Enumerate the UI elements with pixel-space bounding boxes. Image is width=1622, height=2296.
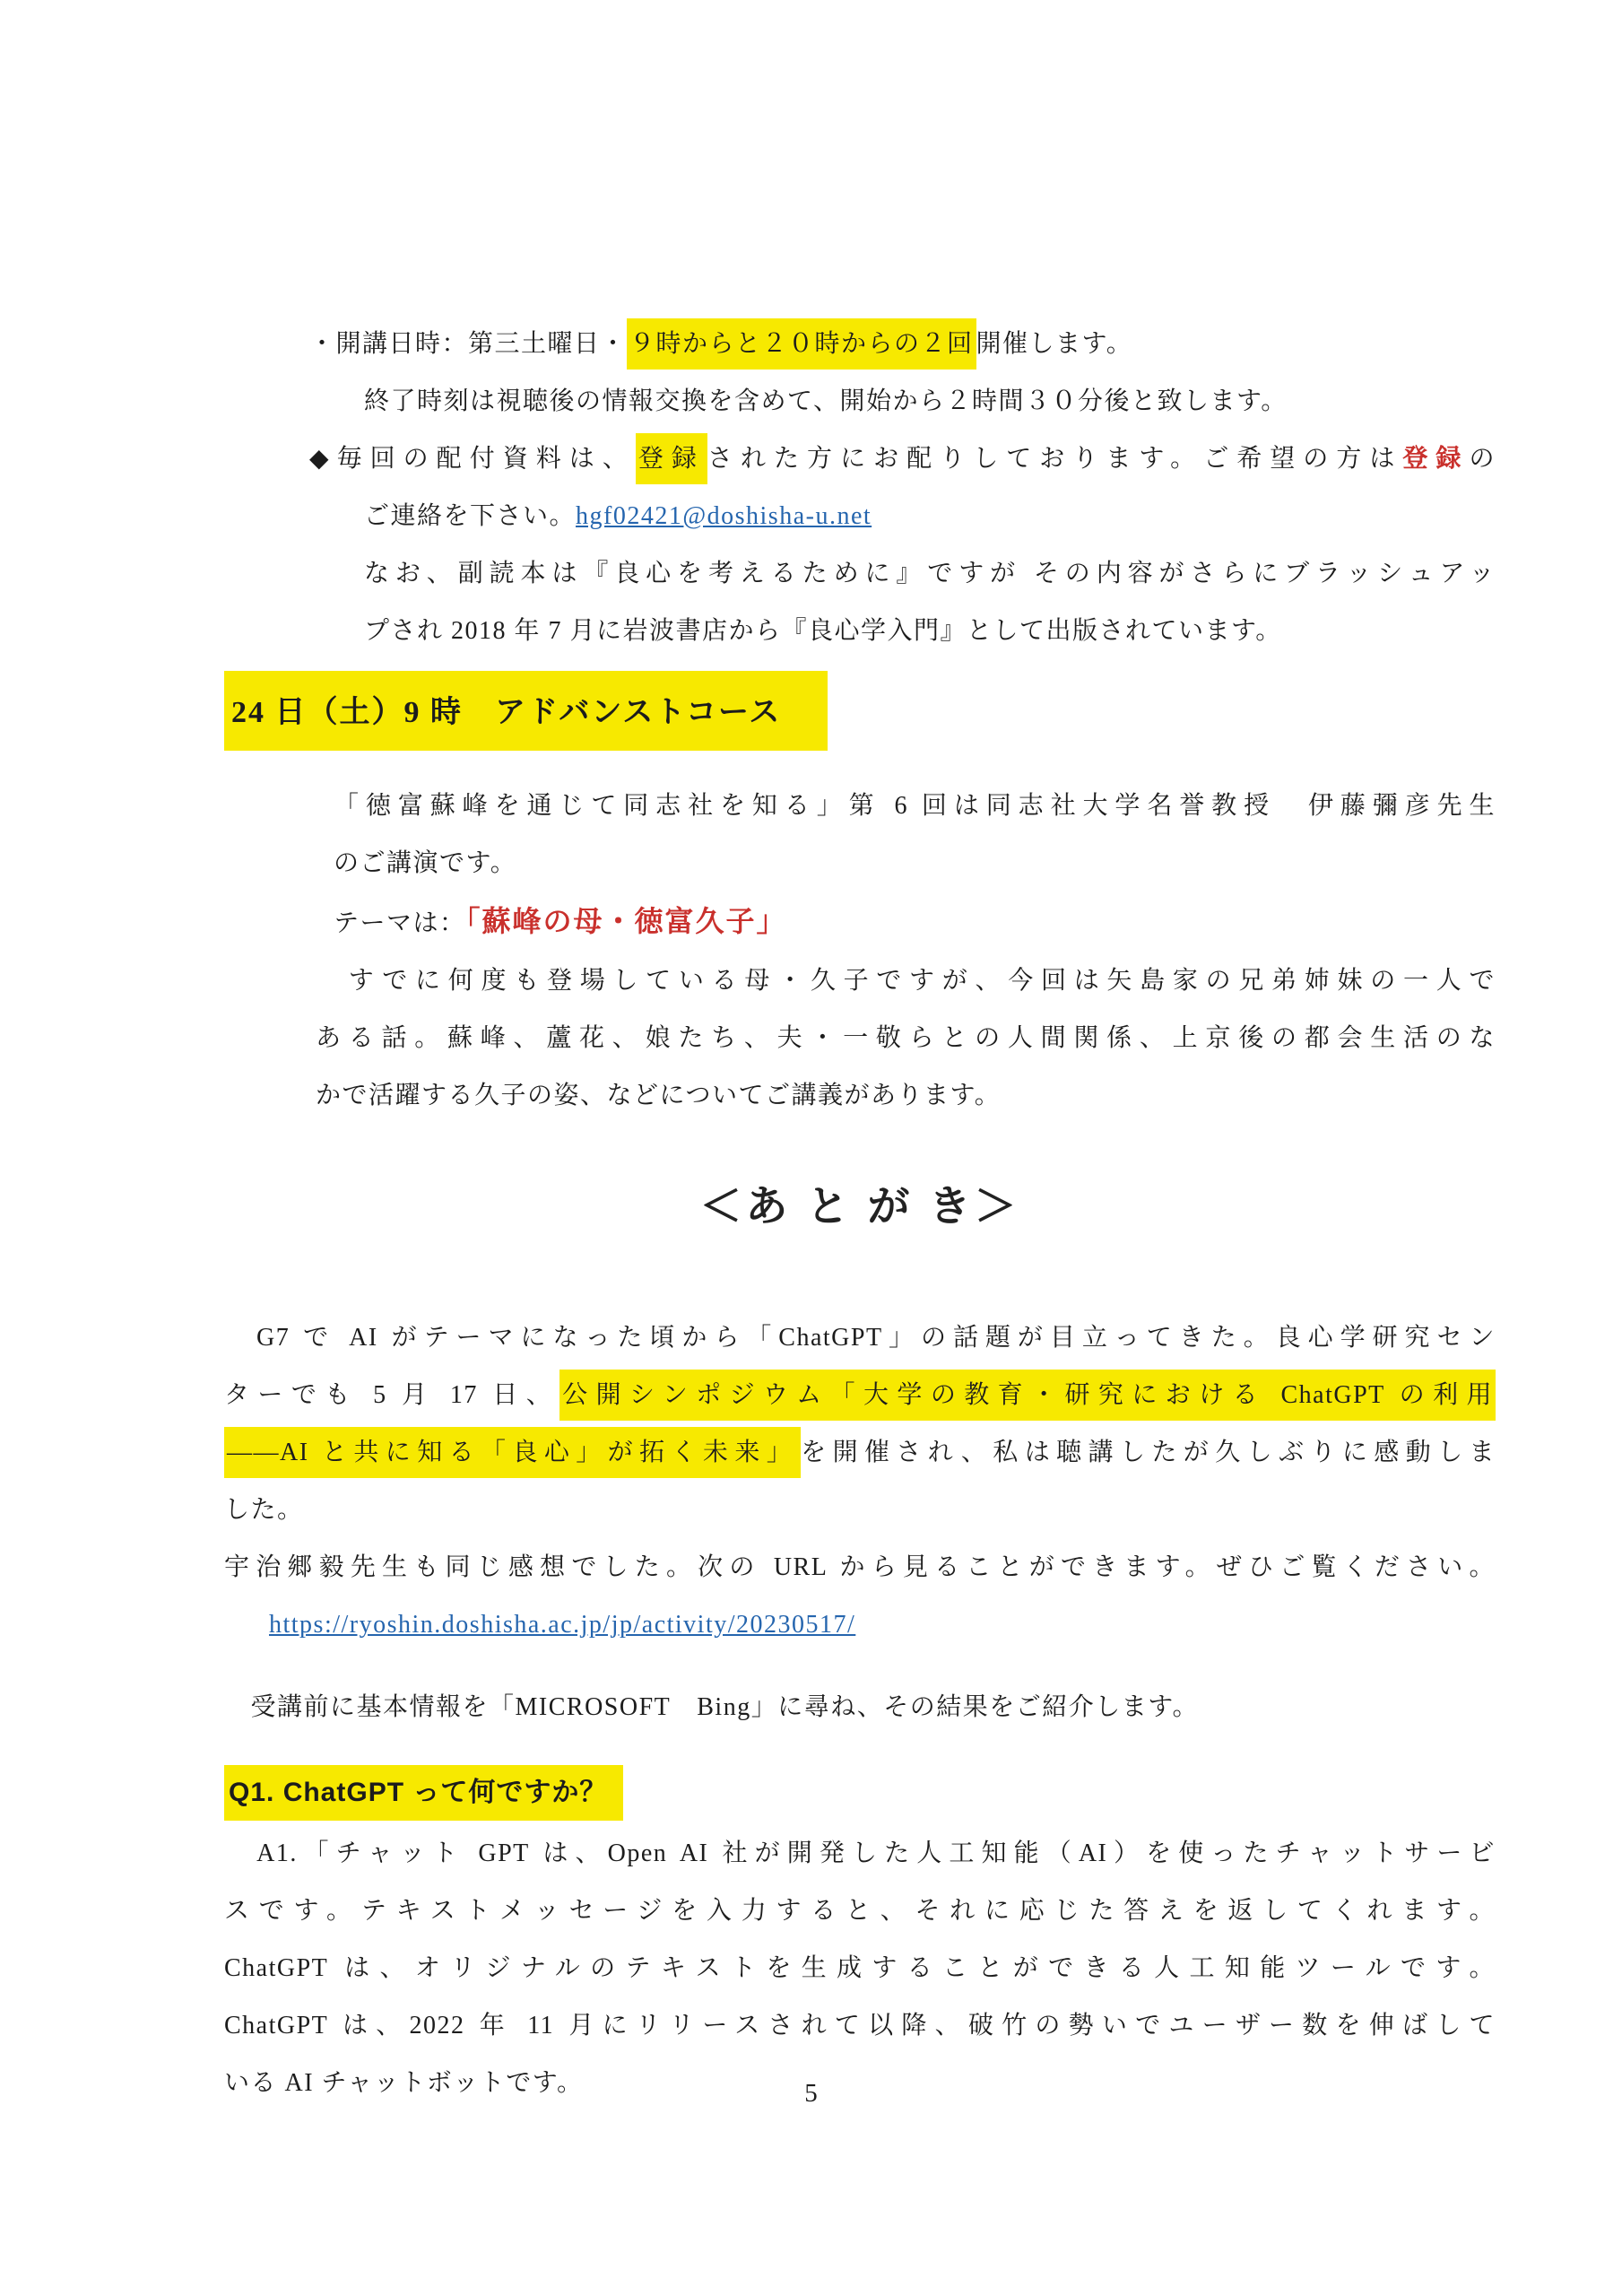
course-heading-row: 24 日（土）9 時 アドバンストコース xyxy=(224,671,1496,751)
url-link[interactable]: https://ryoshin.doshisha.ac.jp/jp/activi… xyxy=(269,1611,855,1639)
a1-line-3: ChatGPT は、オリジナルのテキストを生成することができる人工知能ツールです… xyxy=(224,1940,1496,1997)
schedule-line-3-text: 毎回の配付資料は、 xyxy=(337,445,636,473)
schedule-line-3: ◆毎回の配付資料は、登録された方にお配りしております。ご希望の方は登録の xyxy=(224,430,1496,488)
page-number: 5 xyxy=(0,2079,1622,2109)
course-paragraph-line-1: すでに何度も登場している母・久子ですが、今回は矢島家の兄弟姉妹の一人で xyxy=(224,952,1496,1010)
theme-label: テーマは： xyxy=(334,909,466,937)
a1-answer: A1.「チャット GPT は、Open AI 社が開発した人工知能（AI）を使っ… xyxy=(224,1825,1496,2112)
afterword-line-2-text: ターでも 5 月 17 日、 xyxy=(224,1381,559,1409)
schedule-line-1-tail: 開催します。 xyxy=(976,330,1133,358)
course-theme-line: テーマは：「蘇峰の母・徳富久子」 xyxy=(224,892,1496,952)
dot-bullet-icon: ・ xyxy=(309,330,336,358)
afterword-line-6: 受講前に基本情報を「MICROSOFT Bing」に尋ね、その結果をご紹介します… xyxy=(224,1679,1496,1736)
schedule-line-5: なお、副読本は『良心を考えるために』ですが その内容がさらにブラッシュアッ xyxy=(224,545,1496,603)
a1-line-1: A1.「チャット GPT は、Open AI 社が開発した人工知能（AI）を使っ… xyxy=(224,1825,1496,1883)
document-page: ・開講日時：第三土曜日・９時からと２０時からの２回開催します。 終了時刻は視聴後… xyxy=(0,0,1622,2296)
course-section: 「徳富蘇峰を通じて同志社を知る」第 6 回は同志社大学名誉教授 伊藤彌彦先生 の… xyxy=(224,778,1496,1125)
course-heading: 24 日（土）9 時 アドバンストコース xyxy=(224,671,828,751)
schedule-line-4-text: ご連絡を下さい。 xyxy=(364,502,576,530)
schedule-line-1: ・開講日時：第三土曜日・９時からと２０時からの２回開催します。 xyxy=(224,316,1496,373)
schedule-line-3-tail: の xyxy=(1469,445,1496,473)
afterword-line-1: G7 で AI がテーマになった頃から「ChatGPT」の話題が目立ってきた。良… xyxy=(224,1309,1496,1367)
q1-heading-row: Q1. ChatGPT って何ですか？ xyxy=(224,1765,1496,1822)
qa-section: Q1. ChatGPT って何ですか？ A1.「チャット GPT は、Open … xyxy=(224,1765,1496,2112)
afterword-line-2: ターでも 5 月 17 日、公開シンポジウム「大学の教育・研究における Chat… xyxy=(224,1367,1496,1424)
course-line-1: 「徳富蘇峰を通じて同志社を知る」第 6 回は同志社大学名誉教授 伊藤彌彦先生 xyxy=(224,778,1496,835)
afterword-line-4: した。 xyxy=(224,1482,1496,1539)
theme-title: 「蘇峰の母・徳富久子」 xyxy=(466,905,787,937)
schedule-line-1-text: 開講日時：第三土曜日・ xyxy=(336,330,628,358)
afterword-url-line: https://ryoshin.doshisha.ac.jp/jp/activi… xyxy=(224,1596,1496,1654)
afterword-line-3: ――AI と共に知る「良心」が拓く未来」を開催され、私は聴講したが久しぶりに感動… xyxy=(224,1424,1496,1482)
afterword-line-5: 宇治郷毅先生も同じ感想でした。次の URL から見ることができます。ぜひご覧くだ… xyxy=(224,1539,1496,1596)
schedule-section: ・開講日時：第三土曜日・９時からと２０時からの２回開催します。 終了時刻は視聴後… xyxy=(224,316,1496,660)
highlighted-text: 公開シンポジウム「大学の教育・研究における ChatGPT の利用 xyxy=(559,1370,1496,1421)
course-paragraph-line-3: かで活躍する久子の姿、などについてご講義があります。 xyxy=(224,1067,1496,1125)
highlighted-text: ９時からと２０時からの２回 xyxy=(627,318,976,370)
schedule-line-6: プされ 2018 年 7 月に岩波書店から『良心学入門』として出版されています。 xyxy=(224,603,1496,660)
schedule-line-2: 終了時刻は視聴後の情報交換を含めて、開始から２時間３０分後と致します。 xyxy=(224,373,1496,430)
highlighted-text: ――AI と共に知る「良心」が拓く未来」 xyxy=(224,1427,801,1478)
course-line-2: のご講演です。 xyxy=(224,835,1496,892)
afterword-section: G7 で AI がテーマになった頃から「ChatGPT」の話題が目立ってきた。良… xyxy=(224,1309,1496,1736)
afterword-heading: ＜あ と が き＞ xyxy=(224,1175,1496,1238)
a1-line-4: ChatGPT は、2022 年 11 月にリリースされて以降、破竹の勢いでユー… xyxy=(224,1997,1496,2055)
a1-line-2: スです。テキストメッセージを入力すると、それに応じた答えを返してくれます。 xyxy=(224,1883,1496,1940)
register-emphasis-text: 登録 xyxy=(1402,445,1469,473)
q1-heading: Q1. ChatGPT って何ですか？ xyxy=(224,1765,623,1821)
diamond-bullet-icon: ◆ xyxy=(309,445,337,473)
afterword-line-3-text: を開催され、私は聴講したが久しぶりに感動しま xyxy=(801,1439,1496,1466)
schedule-line-4: ご連絡を下さい。hgf02421@doshisha-u.net xyxy=(224,488,1496,545)
schedule-line-3-mid: された方にお配りしております。ご希望の方は xyxy=(707,445,1402,473)
email-link[interactable]: hgf02421@doshisha-u.net xyxy=(576,502,872,530)
highlighted-text: 登録 xyxy=(636,433,707,484)
course-paragraph-line-2: ある話。蘇峰、蘆花、娘たち、夫・一敬らとの人間関係、上京後の都会生活のな xyxy=(224,1010,1496,1067)
